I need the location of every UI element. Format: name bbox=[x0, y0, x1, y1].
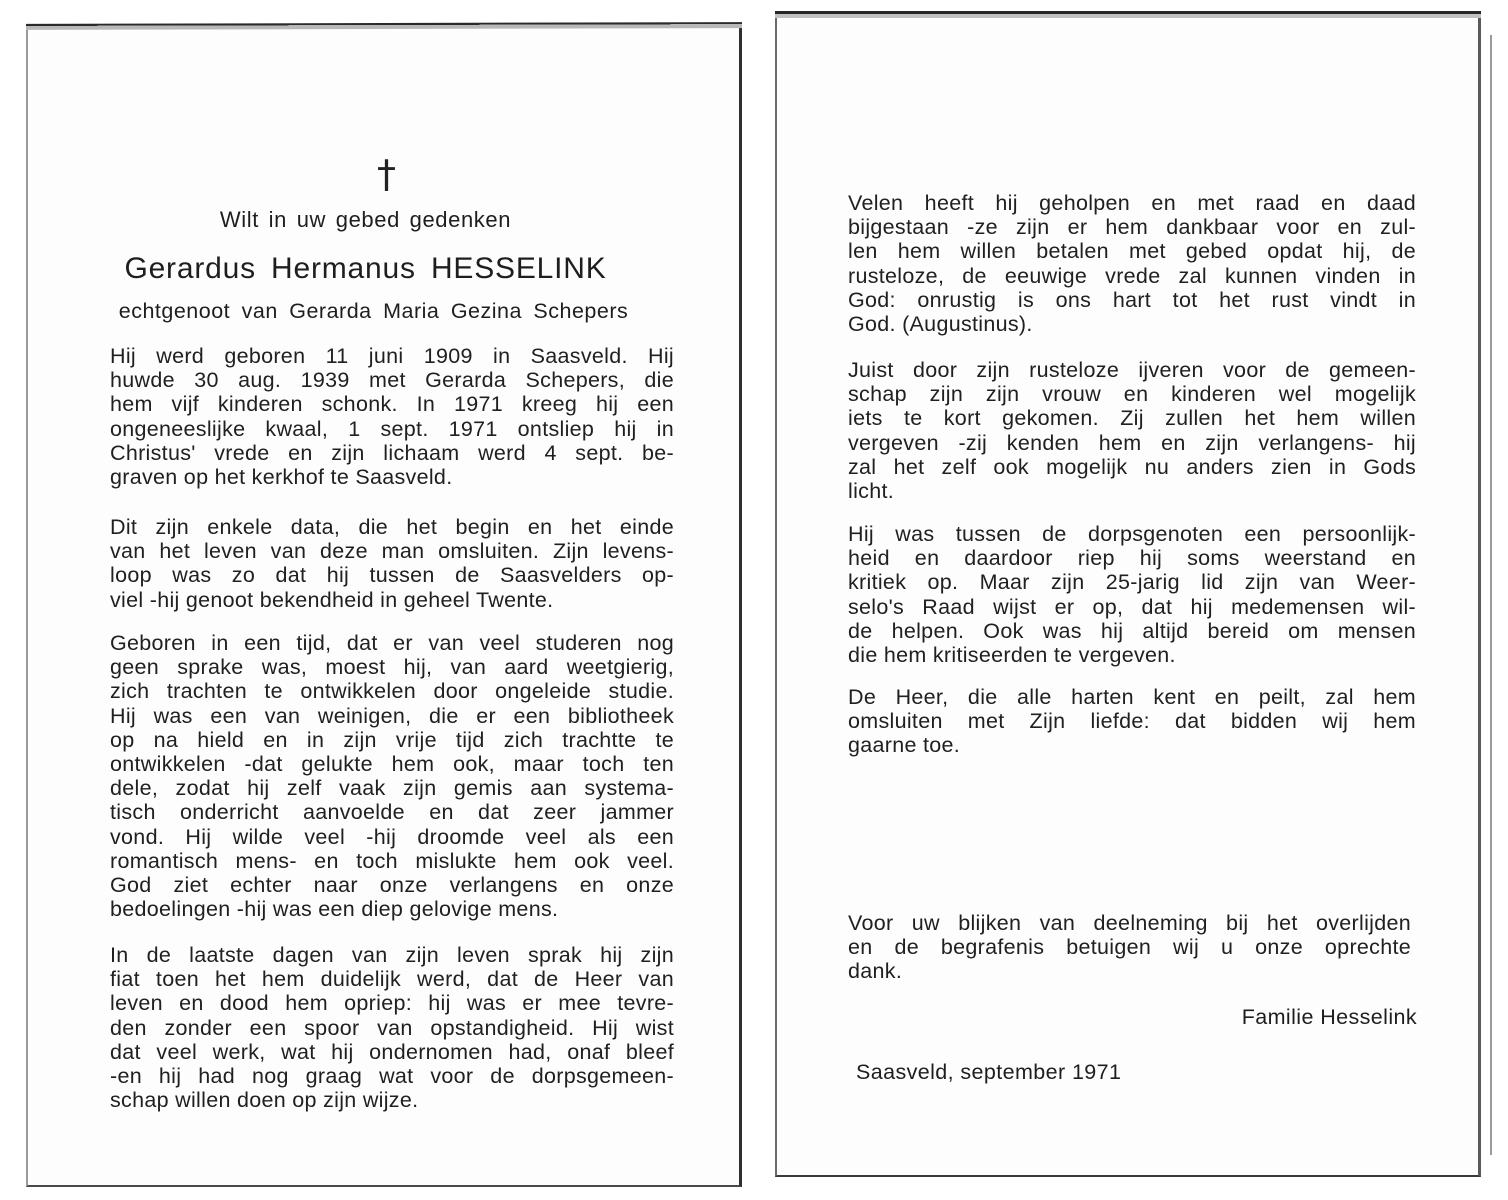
intro-line: Wilt in uw gebed gedenken bbox=[10, 207, 721, 233]
text-line: leven en dood hem opriep: hij was er mee… bbox=[110, 991, 674, 1015]
paragraph-education: Geboren in een tijd, dat er van veel stu… bbox=[110, 631, 674, 921]
text-line: op na hield en in zijn vrije tijd zich t… bbox=[110, 728, 674, 752]
paragraph-community: Hij was tussen de dorpsgenoten een perso… bbox=[848, 522, 1416, 667]
text-line: Hij werd geboren 11 juni 1909 in Saasvel… bbox=[110, 344, 674, 368]
place-and-date: Saasveld, september 1971 bbox=[856, 1060, 1121, 1085]
text-line: graven op het kerkhof te Saasveld. bbox=[110, 465, 674, 489]
text-line: Geboren in een tijd, dat er van veel stu… bbox=[110, 631, 674, 655]
family-signature: Familie Hesselink bbox=[1242, 1005, 1417, 1030]
text-line: Dit zijn enkele data, die het begin en h… bbox=[110, 515, 674, 539]
text-line: dank. bbox=[848, 959, 1411, 983]
text-line: zich trachten te ontwikkelen door ongele… bbox=[110, 679, 674, 703]
paragraph-reputation: Dit zijn enkele data, die het begin en h… bbox=[110, 515, 674, 612]
text-line: den zonder een spoor van opstandigheid. … bbox=[110, 1016, 674, 1040]
text-line: vond. Hij wilde veel -hij droomde veel a… bbox=[110, 825, 674, 849]
text-line: -en hij had nog graag wat voor de dorpsg… bbox=[110, 1064, 674, 1088]
text-line: rusteloze, de eeuwige vrede zal kunnen v… bbox=[848, 264, 1416, 288]
text-line: ongeneeslijke kwaal, 1 sept. 1971 ontsli… bbox=[110, 417, 674, 441]
text-line: die hem kritiseerden te vergeven. bbox=[848, 643, 1416, 667]
text-line: zal het zelf ook mogelijk nu anders zien… bbox=[848, 455, 1416, 479]
paragraph-final-days: In de laatste dagen van zijn leven sprak… bbox=[110, 943, 674, 1112]
memorial-card-left-page: † Wilt in uw gebed gedenken Gerardus Her… bbox=[26, 27, 742, 1187]
text-line: Hij was een van weinigen, die er een bib… bbox=[110, 704, 674, 728]
text-line: In de laatste dagen van zijn leven sprak… bbox=[110, 943, 674, 967]
text-line: geen sprake was, moest hij, van aard wee… bbox=[110, 655, 674, 679]
text-line: God: onrustig is ons hart tot het rust v… bbox=[848, 288, 1416, 312]
text-line: en de begrafenis betuigen wij u onze opr… bbox=[848, 935, 1411, 959]
text-line: heid en daardoor riep hij soms weerstand… bbox=[848, 546, 1416, 570]
paragraph-prayer: De Heer, die alle harten kent en peilt, … bbox=[848, 685, 1416, 758]
text-line: Velen heeft hij geholpen en met raad en … bbox=[848, 191, 1416, 215]
paragraph-biography-dates: Hij werd geboren 11 juni 1909 in Saasvel… bbox=[110, 344, 674, 489]
text-line: viel -hij genoot bekendheid in geheel Tw… bbox=[110, 588, 674, 612]
paragraph-family: Juist door zijn rusteloze ijveren voor d… bbox=[848, 358, 1416, 503]
text-line: vergeven -zij kenden hem en zijn verlang… bbox=[848, 431, 1416, 455]
text-line: Juist door zijn rusteloze ijveren voor d… bbox=[848, 358, 1416, 382]
text-line: Christus' vrede en zijn lichaam werd 4 s… bbox=[110, 441, 674, 465]
paragraph-thanks: Voor uw blijken van deelneming bij het o… bbox=[848, 911, 1411, 984]
text-line: schap willen doen op zijn wijze. bbox=[110, 1088, 674, 1112]
text-line: bijgestaan -ze zijn er hem dankbaar voor… bbox=[848, 215, 1416, 239]
spouse-line: echtgenoot van Gerarda Maria Gezina Sche… bbox=[18, 299, 729, 324]
text-line: fiat toen het hem duidelijk werd, dat de… bbox=[110, 967, 674, 991]
text-line: Voor uw blijken van deelneming bij het o… bbox=[848, 911, 1411, 935]
text-line: de helpen. Ook was hij altijd bereid om … bbox=[848, 619, 1416, 643]
text-line: dele, zodat hij zelf vaak zijn gemis aan… bbox=[110, 776, 674, 800]
text-line: selo's Raad wijst er op, dat hij medemen… bbox=[848, 595, 1416, 619]
text-line: bedoelingen -hij was een diep gelovige m… bbox=[110, 897, 674, 921]
text-line: romantisch mens- en toch mislukte hem oo… bbox=[110, 849, 674, 873]
text-line: gaarne toe. bbox=[848, 733, 1416, 757]
text-line: van het leven van deze man omsluiten. Zi… bbox=[110, 539, 674, 563]
text-line: schap zijn zijn vrouw en kinderen wel mo… bbox=[848, 382, 1416, 406]
text-line: len hem willen betalen met gebed opdat h… bbox=[848, 239, 1416, 263]
text-line: God ziet echter naar onze verlangens en … bbox=[110, 873, 674, 897]
cross-icon: † bbox=[31, 155, 742, 193]
text-line: tisch onderricht aanvoelde en dat zeer j… bbox=[110, 800, 674, 824]
memorial-card-right-page: Velen heeft hij geholpen en met raad en … bbox=[775, 15, 1481, 1177]
text-line: omsluiten met Zijn liefde: dat bidden wi… bbox=[848, 709, 1416, 733]
text-line: ontwikkelen -dat gelukte hem ook, maar t… bbox=[110, 752, 674, 776]
text-line: loop was zo dat hij tussen de Saasvelder… bbox=[110, 563, 674, 587]
text-line: huwde 30 aug. 1939 met Gerarda Schepers,… bbox=[110, 368, 674, 392]
text-line: hem vijf kinderen schonk. In 1971 kreeg … bbox=[110, 392, 674, 416]
text-line: Hij was tussen de dorpsgenoten een perso… bbox=[848, 522, 1416, 546]
text-line: dat veel werk, wat hij ondernomen had, o… bbox=[110, 1040, 674, 1064]
text-line: licht. bbox=[848, 479, 1416, 503]
paragraph-helped-many: Velen heeft hij geholpen en met raad en … bbox=[848, 191, 1416, 336]
text-line: De Heer, die alle harten kent en peilt, … bbox=[848, 685, 1416, 709]
text-line: iets te kort gekomen. Zij zullen het hem… bbox=[848, 406, 1416, 430]
text-line: God. (Augustinus). bbox=[848, 312, 1416, 336]
text-line: kritiek op. Maar zijn 25-jarig lid zijn … bbox=[848, 570, 1416, 594]
deceased-name: Gerardus Hermanus HESSELINK bbox=[10, 252, 721, 286]
